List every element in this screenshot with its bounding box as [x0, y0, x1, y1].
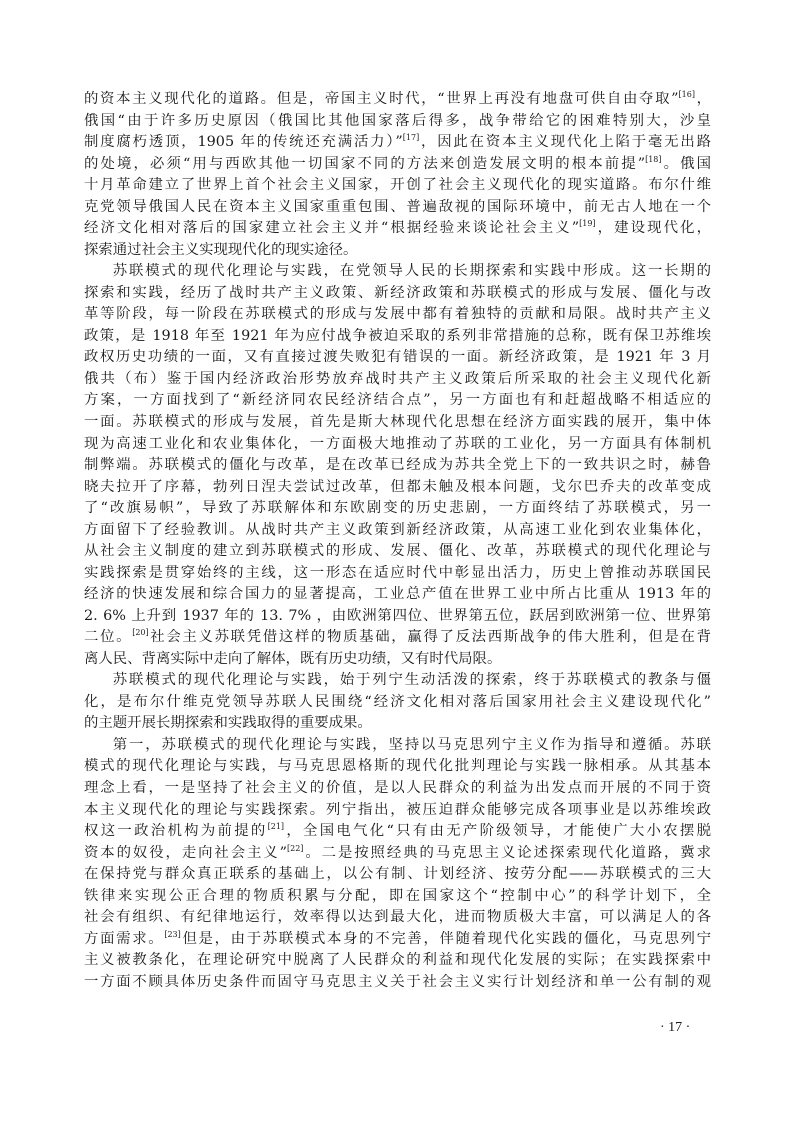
text-line: 政权历史功绩的一面，又有直接过渡失败犯有错误的一面。新经济政策，是 1921 年…: [84, 347, 711, 369]
text-run: 2. 6% 上升到 1937 年的 13. 7% ，由欧洲第四位、世界第五位，跃…: [84, 608, 711, 624]
text-run: 。二是按照经典的马克思主义论述探索现代化道路，冀求: [303, 845, 711, 861]
text-line: 探索通过社会主义实现现代化的现实途径。: [84, 240, 711, 262]
text-run: 模式的现代化理论与实践，与马克思恩格斯的现代化批判理论与实践一脉相承。从其基本: [84, 758, 711, 774]
text-run: 离人民、背离实际中走向了解体，既有历史功绩，又有时代局限。: [84, 651, 501, 667]
citation-reference: [18]: [645, 155, 661, 164]
text-line: 的处境，必须“用与西欧其他一切国家不同的方法来创造发展文明的根本前提”[18]。…: [84, 154, 711, 176]
text-line: 化，是布尔什维克党领导苏联人民围绕“经济文化相对落后国家用社会主义建设现代化”: [84, 692, 711, 714]
text-line: 一面。苏联模式的形成与发展，首先是斯大林现代化思想在经济方面实践的展开，集中体: [84, 412, 711, 434]
text-line: 十月革命建立了世界上首个社会主义国家，开创了社会主义现代化的现实道路。布尔什维: [84, 175, 711, 197]
text-line: 了“改旗易帜”，导致了苏联解体和东欧剧变的历史悲剧，一方面终结了苏联模式，另一: [84, 498, 711, 520]
text-run: 苏联模式的现代化理论与实践，在党领导人民的长期探索和实践中形成。这一长期的: [113, 263, 711, 279]
text-run: 苏联模式的现代化理论与实践，始于列宁生动活泼的探索，终于苏联模式的教条与僵: [113, 672, 711, 688]
text-run: 十月革命建立了世界上首个社会主义国家，开创了社会主义现代化的现实道路。布尔什维: [84, 177, 711, 193]
text-run: 探索和实践，经历了战时共产主义政策、新经济政策和苏联模式的形成与发展、僵化与改: [84, 285, 711, 301]
citation-reference: [22]: [287, 844, 303, 853]
text-run: 经济的快速发展和综合国力的显著提高，工业总产值在世界工业中所占比重从 1913 …: [84, 586, 711, 602]
text-run: 一面。苏联模式的形成与发展，首先是斯大林现代化思想在经济方面实践的展开，集中体: [84, 414, 711, 430]
text-line: 铁律来实现公正合理的物质积累与分配，即在国家这个“控制中心”的科学计划下，全: [84, 886, 711, 908]
text-line: 权这一政治机构为前提的[21]，全国电气化“只有由无产阶级领导，才能使广大小农摆…: [84, 821, 711, 843]
text-line: 模式的现代化理论与实践，与马克思恩格斯的现代化批判理论与实践一脉相承。从其基本: [84, 756, 711, 778]
text-run: 主义被教条化，在理论研究中脱离了人民群众的利益和现代化发展的实际；在实践探索中: [84, 952, 711, 968]
text-line: 主义被教条化，在理论研究中脱离了人民群众的利益和现代化发展的实际；在实践探索中: [84, 950, 711, 972]
text-line: 制弊端。苏联模式的僵化与改革，是在改革已经成为苏共全党上下的一致共识之时，赫鲁: [84, 455, 711, 477]
text-run: 现为高速工业化和农业集体化，一方面极大地推动了苏联的工业化，另一方面具有体制机: [84, 436, 711, 452]
text-line: 一方面不顾具体历史条件而固守马克思主义关于社会主义实行计划经济和单一公有制的观: [84, 972, 711, 994]
text-line: 第一，苏联模式的现代化理论与实践，坚持以马克思列宁主义作为指导和遵循。苏联: [84, 735, 711, 757]
text-run: 制弊端。苏联模式的僵化与改革，是在改革已经成为苏共全党上下的一致共识之时，赫鲁: [84, 457, 711, 473]
text-line: 苏联模式的现代化理论与实践，始于列宁生动活泼的探索，终于苏联模式的教条与僵: [84, 670, 711, 692]
text-run: 政策，是 1918 年至 1921 年为应付战争被迫采取的系列非常措施的总称，既…: [84, 328, 711, 344]
text-run: 方面留下了经验教训。从战时共产主义政策到新经济政策，从高速工业化到农业集体化，: [84, 522, 711, 538]
text-line: 苏联模式的现代化理论与实践，在党领导人民的长期探索和实践中形成。这一长期的: [84, 261, 711, 283]
citation-reference: [19]: [579, 219, 595, 228]
text-run: 社会主义苏联凭借这样的物质基础，赢得了反法西斯战争的伟大胜利，但是在背: [149, 629, 711, 645]
citation-reference: [23]: [164, 930, 180, 939]
text-line: 方案，一方面找到了“新经济同农民经济结合点”，另一方面也有和赶超战略不相适应的: [84, 390, 711, 412]
text-run: 俄共（布）鉴于国内经济政治形势放弃战时共产主义政策后所采取的社会主义现代化新: [84, 371, 711, 387]
text-line: 晓夫拉开了序幕，勃列日涅夫尝试过改革，但都未触及根本问题，戈尔巴乔夫的改革变成: [84, 477, 711, 499]
text-line: 现为高速工业化和农业集体化，一方面极大地推动了苏联的工业化，另一方面具有体制机: [84, 434, 711, 456]
citation-reference: [17]: [403, 133, 419, 142]
text-run: 晓夫拉开了序幕，勃列日涅夫尝试过改革，但都未触及根本问题，戈尔巴乔夫的改革变成: [84, 479, 711, 495]
text-line: 资本的奴役，走向社会主义”[22]。二是按照经典的马克思主义论述探索现代化道路，…: [84, 843, 711, 865]
text-line: 社会有组织、有纪律地运行，效率得以达到最大化，进而物质极大丰富，可以满足人的各: [84, 907, 711, 929]
text-line: 在保持党与群众真正联系的基础上，以公有制、计划经济、按劳分配——苏联模式的三大: [84, 864, 711, 886]
text-line: 从社会主义制度的建立到苏联模式的形成、发展、僵化、改革，苏联模式的现代化理论与: [84, 541, 711, 563]
text-run: ，因此在资本主义现代化上陷于毫无出路: [419, 134, 711, 150]
text-run: 政权历史功绩的一面，又有直接过渡失败犯有错误的一面。新经济政策，是 1921 年…: [84, 349, 711, 365]
text-line: 离人民、背离实际中走向了解体，既有历史功绩，又有时代局限。: [84, 649, 711, 671]
text-run: 经济文化相对落后的国家建立社会主义并“根据经验来谈论社会主义”: [84, 220, 579, 236]
text-line: 制度腐朽透顶，1905 年的传统还充满活力）”[17]，因此在资本主义现代化上陷…: [84, 132, 711, 154]
text-line: 革等阶段，每一阶段在苏联模式的形成与发展中都有着独特的贡献和局限。战时共产主义: [84, 304, 711, 326]
document-page-body: 的资本主义现代化的道路。但是，帝国主义时代，“世界上再没有地盘可供自由夺取”[1…: [84, 89, 711, 993]
text-run: ，: [695, 91, 711, 107]
text-run: 探索通过社会主义实现现代化的现实途径。: [84, 242, 357, 258]
text-run: 。俄国: [662, 156, 711, 172]
text-line: 方面需求。[23]但是，由于苏联模式本身的不完善，伴随着现代化实践的僵化，马克思…: [84, 929, 711, 951]
text-run: 但是，由于苏联模式本身的不完善，伴随着现代化实践的僵化，马克思列宁: [181, 931, 711, 947]
text-run: 一方面不顾具体历史条件而固守马克思主义关于社会主义实行计划经济和单一公有制的观: [84, 974, 711, 990]
text-line: 的主题开展长期探索和实践取得的重要成果。: [84, 713, 711, 735]
text-line: 2. 6% 上升到 1937 年的 13. 7% ，由欧洲第四位、世界第五位，跃…: [84, 606, 711, 628]
text-run: 的资本主义现代化的道路。但是，帝国主义时代，“世界上再没有地盘可供自由夺取”: [84, 91, 679, 107]
text-line: 理念上看，一是坚持了社会主义的价值，是以人民群众的利益为出发点而开展的不同于资: [84, 778, 711, 800]
paragraph: 苏联模式的现代化理论与实践，在党领导人民的长期探索和实践中形成。这一长期的探索和…: [84, 261, 711, 670]
text-run: 了“改旗易帜”，导致了苏联解体和东欧剧变的历史悲剧，一方面终结了苏联模式，另一: [84, 500, 711, 516]
paragraph: 的资本主义现代化的道路。但是，帝国主义时代，“世界上再没有地盘可供自由夺取”[1…: [84, 89, 711, 261]
text-line: 的资本主义现代化的道路。但是，帝国主义时代，“世界上再没有地盘可供自由夺取”[1…: [84, 89, 711, 111]
text-run: ，全国电气化“只有由无产阶级领导，才能使广大小农摆脱: [284, 823, 711, 839]
text-run: 的处境，必须“用与西欧其他一切国家不同的方法来创造发展文明的根本前提”: [84, 156, 645, 172]
paragraph: 苏联模式的现代化理论与实践，始于列宁生动活泼的探索，终于苏联模式的教条与僵化，是…: [84, 670, 711, 735]
text-run: 社会有组织、有纪律地运行，效率得以达到最大化，进而物质极大丰富，可以满足人的各: [84, 909, 711, 925]
text-line: 俄国“由于许多历史原因（俄国比其他国家落后得多，战争带给它的困难特别大，沙皇: [84, 111, 711, 133]
text-run: 制度腐朽透顶，1905 年的传统还充满活力）”: [84, 134, 403, 150]
text-run: 的主题开展长期探索和实践取得的重要成果。: [84, 715, 372, 731]
text-run: 在保持党与群众真正联系的基础上，以公有制、计划经济、按劳分配——苏联模式的三大: [84, 866, 711, 882]
text-run: 从社会主义制度的建立到苏联模式的形成、发展、僵化、改革，苏联模式的现代化理论与: [84, 543, 711, 559]
paragraph: 第一，苏联模式的现代化理论与实践，坚持以马克思列宁主义作为指导和遵循。苏联模式的…: [84, 735, 711, 993]
text-run: 实践探索是贯穿始终的主线，这一形态在适应时代中彰显出活力，历史上曾推动苏联国民: [84, 565, 711, 581]
text-run: 革等阶段，每一阶段在苏联模式的形成与发展中都有着独特的贡献和局限。战时共产主义: [84, 306, 711, 322]
text-run: 本主义现代化的理论与实践探索。列宁指出，被压迫群众能够完成各项事业是以苏维埃政: [84, 802, 711, 818]
text-line: 实践探索是贯穿始终的主线，这一形态在适应时代中彰显出活力，历史上曾推动苏联国民: [84, 563, 711, 585]
text-run: 方面需求。: [84, 931, 164, 947]
text-line: 俄共（布）鉴于国内经济政治形势放弃战时共产主义政策后所采取的社会主义现代化新: [84, 369, 711, 391]
text-run: 第一，苏联模式的现代化理论与实践，坚持以马克思列宁主义作为指导和遵循。苏联: [113, 737, 711, 753]
page-number: · 17 ·: [660, 1020, 690, 1036]
text-run: 俄国“由于许多历史原因（俄国比其他国家落后得多，战争带给它的困难特别大，沙皇: [84, 113, 711, 129]
citation-reference: [20]: [132, 628, 148, 637]
text-line: 克党领导俄国人民在资本主义国家重重包围、普遍敌视的国际环境中，前无古人地在一个: [84, 197, 711, 219]
text-run: 方案，一方面找到了“新经济同农民经济结合点”，另一方面也有和赶超战略不相适应的: [84, 392, 711, 408]
text-line: 方面留下了经验教训。从战时共产主义政策到新经济政策，从高速工业化到农业集体化，: [84, 520, 711, 542]
text-run: 化，是布尔什维克党领导苏联人民围绕“经济文化相对落后国家用社会主义建设现代化”: [84, 694, 711, 710]
text-run: 理念上看，一是坚持了社会主义的价值，是以人民群众的利益为出发点而开展的不同于资: [84, 780, 711, 796]
text-line: 探索和实践，经历了战时共产主义政策、新经济政策和苏联模式的形成与发展、僵化与改: [84, 283, 711, 305]
text-line: 本主义现代化的理论与实践探索。列宁指出，被压迫群众能够完成各项事业是以苏维埃政: [84, 800, 711, 822]
text-line: 经济文化相对落后的国家建立社会主义并“根据经验来谈论社会主义”[19]，建设现代…: [84, 218, 711, 240]
text-line: 经济的快速发展和综合国力的显著提高，工业总产值在世界工业中所占比重从 1913 …: [84, 584, 711, 606]
text-line: 政策，是 1918 年至 1921 年为应付战争被迫采取的系列非常措施的总称，既…: [84, 326, 711, 348]
text-run: 权这一政治机构为前提的: [84, 823, 268, 839]
citation-reference: [16]: [679, 90, 695, 99]
text-run: 资本的奴役，走向社会主义”: [84, 845, 287, 861]
text-run: ，建设现代化，: [596, 220, 711, 236]
text-run: 铁律来实现公正合理的物质积累与分配，即在国家这个“控制中心”的科学计划下，全: [84, 888, 711, 904]
text-line: 二位。[20]社会主义苏联凭借这样的物质基础，赢得了反法西斯战争的伟大胜利，但是…: [84, 627, 711, 649]
citation-reference: [21]: [268, 822, 284, 831]
text-run: 二位。: [84, 629, 132, 645]
text-run: 克党领导俄国人民在资本主义国家重重包围、普遍敌视的国际环境中，前无古人地在一个: [84, 199, 711, 215]
